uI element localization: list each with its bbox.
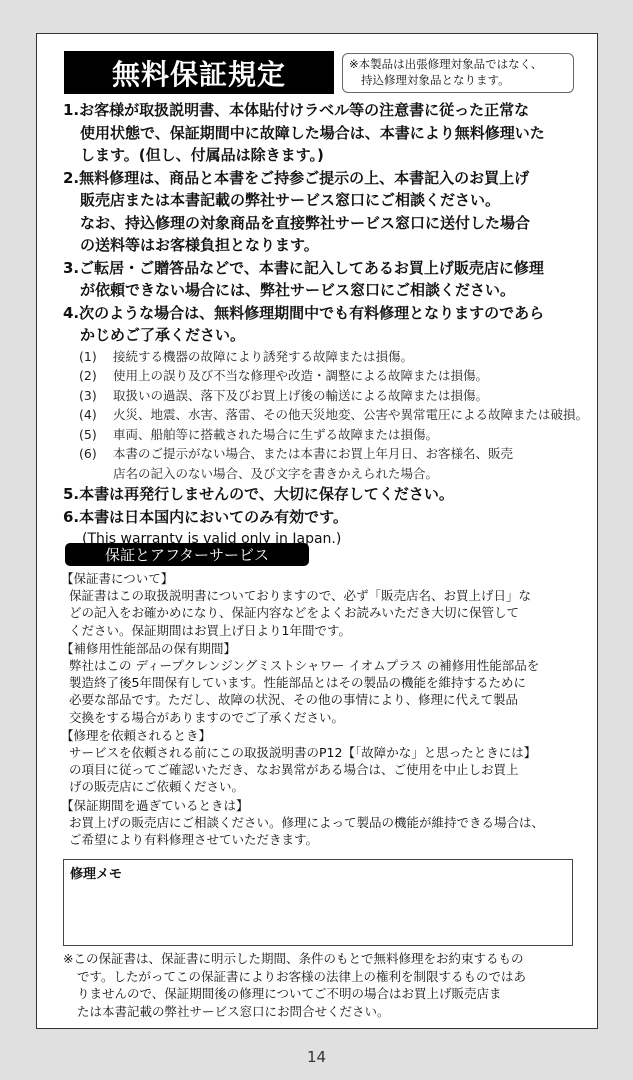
rule-4: 4.次のような場合は、無料修理期間中でも有料修理となりますのであら かじめご了承… bbox=[63, 302, 583, 347]
exception-item: (4)火災、地震、水害、落雷、その他天災地変、公害や異常電圧による故障または破損… bbox=[79, 405, 583, 425]
aftercare-block-parts: 【補修用性能部品の保有期間】 弊社はこの ディープクレンジングミストシャワー イ… bbox=[61, 640, 581, 726]
exception-item: (1)接続する機器の故障により誘発する故障または損傷。 bbox=[79, 347, 583, 367]
exception-item: (6)本書のご提示がない場合、または本書にお買上年月日、お客様名、販売 bbox=[79, 444, 583, 464]
section-header-aftercare: 保証とアフターサービス bbox=[65, 543, 309, 566]
note-line-1: ※本製品は出張修理対象品ではなく、 bbox=[349, 56, 573, 72]
aftercare-section: 【保証書について】 保証書はこの取扱説明書についておりますので、必ず「販売店名、… bbox=[61, 570, 581, 849]
note-line-2: 持込修理対象品となります。 bbox=[349, 72, 573, 88]
rule-1: 1.お客様が取扱説明書、本体貼付けラベル等の注意書に従った正常な 使用状態で、保… bbox=[63, 99, 583, 167]
rule-5: 5.本書は再発行しませんので、大切に保存してください。 bbox=[63, 483, 583, 506]
exception-list: (1)接続する機器の故障により誘発する故障または損傷。 (2)使用上の誤り及び不… bbox=[63, 347, 583, 484]
repair-memo-box: 修理メモ bbox=[63, 859, 573, 946]
exception-item: (2)使用上の誤り及び不当な修理や改造・調整による故障または損傷。 bbox=[79, 366, 583, 386]
page-number: 14 bbox=[0, 1048, 633, 1066]
memo-label: 修理メモ bbox=[70, 867, 122, 882]
rule-2: 2.無料修理は、商品と本書をご持参ご提示の上、本書記入のお買上げ 販売店または本… bbox=[63, 167, 583, 257]
exception-item: (3)取扱いの過誤、落下及びお買上げ後の輸送による故障または損傷。 bbox=[79, 386, 583, 406]
carry-in-repair-note: ※本製品は出張修理対象品ではなく、 持込修理対象品となります。 bbox=[342, 53, 574, 93]
aftercare-block-warranty: 【保証書について】 保証書はこの取扱説明書についておりますので、必ず「販売店名、… bbox=[61, 570, 581, 639]
aftercare-block-repair-request: 【修理を依頼されるとき】 サービスを依頼される前にこの取扱説明書のP12【「故障… bbox=[61, 727, 581, 796]
aftercare-block-expired: 【保証期間を過ぎているときは】 お買上げの販売店にご相談ください。修理によって製… bbox=[61, 797, 581, 849]
warranty-rules: 1.お客様が取扱説明書、本体貼付けラベル等の注意書に従った正常な 使用状態で、保… bbox=[63, 99, 583, 550]
warranty-page: 無料保証規定 ※本製品は出張修理対象品ではなく、 持込修理対象品となります。 1… bbox=[36, 33, 598, 1029]
page-title: 無料保証規定 bbox=[64, 51, 334, 94]
footnote: ※この保証書は、保証書に明示した期間、条件のもとで無料修理をお約束するもの です… bbox=[63, 950, 583, 1020]
exception-item: (5)車両、船舶等に搭載された場合に生ずる故障または損傷。 bbox=[79, 425, 583, 445]
rule-3: 3.ご転居・ご贈答品などで、本書に記入してあるお買上げ販売店に修理 が依頼できな… bbox=[63, 257, 583, 302]
